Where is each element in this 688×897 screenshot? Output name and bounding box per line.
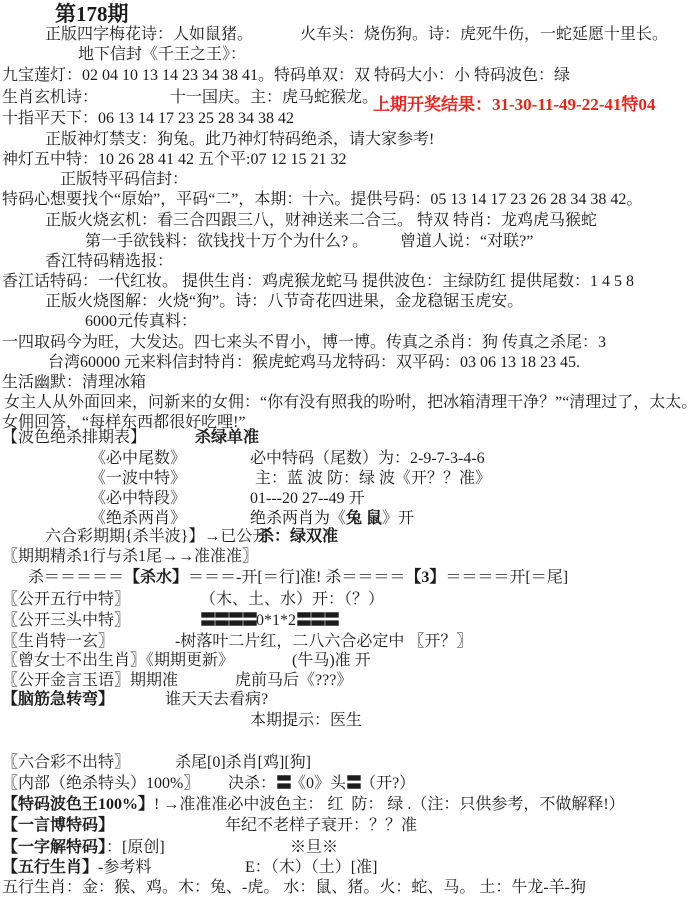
lottery-tips-document: 第178期正版四字梅花诗：人如鼠猪。火车头：烧伤狗。诗：虎死牛伤，一蛇延愿十里长… (0, 0, 688, 897)
no-special-label: 〖六合彩不出特〗 (2, 753, 130, 773)
internal-kill-value-seg: （开?） (360, 775, 415, 792)
magic-lamp-ban: 正版神灯禁支：狗兔。此乃神灯特码绝杀，请大家参考! (45, 130, 434, 150)
fire-diagram-seg: 正版火烧图解：火烧“狗”。诗：八节奇花四进果，金龙稳锯玉虎安。 (45, 293, 523, 310)
magic-lamp-five-seg: 神灯五中特：10 26 28 41 42 五个平:07 12 15 21 32 (2, 151, 346, 168)
kill-water-row: 杀＝＝＝＝＝【杀水】＝＝＝-开[＝行]准! 杀＝＝＝＝【3】＝＝＝＝开[＝尾] (28, 568, 568, 588)
brain-teaser-label-seg: 【脑筋急转弯】 (2, 691, 114, 708)
three-heads-value: 〓〓〓〓0*1*2〓〓〓 (200, 611, 338, 631)
kill-water-row-seg: 【杀水】 (124, 569, 188, 586)
five-elements-zodiac-label: 【五行生肖】-参考料 (2, 858, 151, 878)
one-char-solve-value-seg: ※旦※ (290, 839, 338, 856)
golden-words-value-seg: 虎前马后《???》 (235, 672, 352, 689)
internal-kill-value-seg: 〓 (346, 775, 360, 792)
kill-two-zodiac-value: 绝杀两肖为《兔 鼠》开 (250, 509, 414, 529)
fax-content-seg: 一四取码今为旺，大发达。四七来头不胃小，博一博。传真之杀肖：狗 传真之杀尾：3 (2, 334, 606, 351)
xiangjiang-report: 香江特码精选报： (45, 252, 173, 272)
special-flat-envelope-seg: 正版特平码信封： (60, 171, 188, 188)
brain-teaser-question: 谁天天去看病? (165, 690, 268, 710)
underground-envelope: 地下信封《千王之王》： (78, 45, 246, 65)
plum-poem: 正版四字梅花诗：人如鼠猪。 (45, 25, 253, 45)
must-segment-value-seg: 01---20 27--49 开 (250, 490, 365, 507)
xiangjiang-report-seg: 香江特码精选报： (45, 253, 173, 270)
one-char-solve-value: ※旦※ (290, 838, 338, 858)
magic-lamp-five: 神灯五中特：10 26 28 41 42 五个平:07 12 15 21 32 (2, 150, 346, 170)
taiwan-60000: 台湾60000 元来料信封特肖：猴虎蛇鸡马龙特码：双平码：03 06 13 18… (48, 353, 580, 373)
five-elements-zodiac-value: E：（木）（土）[准] (245, 858, 377, 878)
ten-fingers: 十指平天下：06 13 14 17 23 25 28 34 38 42 (2, 109, 294, 129)
zodiac-mystery-content: 十一国庆。主：虎马蛇猴龙。 (170, 88, 378, 108)
fire-mystery-seg: 正版火烧玄机：看三合四跟三八，财神送来二合三。 特双 特肖：龙鸡虎马猴蛇 (45, 212, 597, 229)
underground-envelope-seg: 地下信封《千王之王》： (78, 46, 246, 63)
fax-6000-seg: 6000元传真料： (85, 313, 197, 330)
zodiac-mystery-poem: 生肖玄机诗： (2, 88, 98, 108)
mrs-zeng-value-seg: (牛马)准 开 (292, 652, 371, 669)
brain-teaser-hint-seg: 本期提示：医生 (250, 712, 362, 729)
kill-two-zodiac-value-seg: 兔 鼠 (346, 510, 382, 527)
zodiac-one-mystery-label: 〖生肖特一玄〗 (2, 632, 114, 652)
five-elements-zodiac-value-seg: E：（木）（土）[准] (245, 859, 377, 876)
first-money-tip-seg: 第一手欲钱料：欲钱找十万个为什么? 。 (85, 233, 368, 250)
five-elements-detail: 五行生肖：金：猴、鸡。木：兔、-虎。 水：鼠、猪。火：蛇、马。 土：牛龙-羊-狗 (2, 878, 586, 897)
one-char-solve-label-seg: ：[原创] (106, 839, 165, 856)
kill-water-row-seg: 【3】 (405, 569, 445, 586)
kill-two-zodiac-value-seg: 》开 (382, 510, 414, 527)
one-word-bet-label: 【一言博特码】 (2, 816, 114, 836)
brain-teaser-label: 【脑筋急转弯】 (2, 690, 114, 710)
five-elements-zodiac-label-seg: 【五行生肖】 (2, 859, 98, 876)
no-special-value: 杀尾[0]杀肖[鸡][狗] (175, 753, 311, 773)
ten-fingers-seg: 十指平天下：06 13 14 17 23 25 28 34 38 42 (2, 110, 294, 127)
one-wave-value: 主：蓝 波 防：绿 波《开？？准》 (255, 469, 491, 489)
brain-teaser-question-seg: 谁天天去看病? (165, 691, 268, 708)
kill-two-zodiac-label-seg: 《绝杀两肖》 (90, 510, 186, 527)
half-wave-result-seg: 杀：绿双准 (258, 528, 338, 545)
internal-kill-value-seg: 《0》头 (290, 775, 346, 792)
kill-green-single: 杀绿单准 (195, 428, 259, 448)
zodiac-mystery-poem-seg: 生肖玄机诗： (2, 89, 98, 106)
special-flat-envelope: 正版特平码信封： (60, 170, 188, 190)
special-code-wish: 特码心想要找个“原始”，平码“二”，本期：十六。提供号码：05 13 14 17… (2, 190, 642, 210)
one-wave-label: 《一波中特》 (90, 469, 186, 489)
xiangjiang-special-seg: 香江话特码：一代红妆。 提供生肖：鸡虎猴龙蛇马 提供波色：主绿防红 提供尾数：1… (2, 273, 634, 290)
half-wave-result: 杀：绿双准 (258, 527, 338, 547)
mrs-zeng-value: (牛马)准 开 (292, 651, 371, 671)
one-word-bet-label-seg: 【一言博特码】 (2, 817, 114, 834)
zodiac-one-mystery-value-seg: -树落叶二片红，二八六合必定中 〖开？〗 (175, 633, 472, 650)
kill-green-single-seg: 杀绿单准 (195, 429, 259, 446)
three-heads-label-seg: 〖公开三头中特〗 (2, 612, 130, 629)
no-special-value-seg: 杀尾[0]杀肖[鸡][狗] (175, 754, 311, 771)
half-wave: 六合彩期期{杀半波}】→已公开 (45, 527, 268, 547)
no-special-label-seg: 〖六合彩不出特〗 (2, 754, 130, 771)
one-wave-label-seg: 《一波中特》 (90, 470, 186, 487)
five-elements-zodiac-label-seg: -参考料 (98, 859, 151, 876)
must-segment-label-seg: 《必中特段》 (90, 490, 186, 507)
mrs-zeng-label-seg: 〖曾女士不出生肖〗《期期更新》 (2, 652, 234, 669)
humor-title-seg: 生活幽默：清理冰箱 (2, 374, 146, 391)
xiangjiang-special: 香江话特码：一代红妆。 提供生肖：鸡虎猴龙蛇马 提供波色：主绿防红 提供尾数：1… (2, 272, 634, 292)
five-elements-value: （木、土、水）开：（？） (200, 590, 384, 610)
first-money-tip: 第一手欲钱料：欲钱找十万个为什么? 。 (85, 232, 368, 252)
must-segment-value: 01---20 27--49 开 (250, 489, 365, 509)
precise-kill-header: 〖期期精杀1行与杀1尾→→准准准〗 (2, 547, 258, 567)
nine-lotus-lamp-seg: 九宝莲灯：02 04 10 13 14 23 34 38 41。特码单双：双 特… (2, 67, 570, 84)
kill-two-zodiac-value-seg: 绝杀两肖为《 (250, 510, 346, 527)
one-char-solve-label-seg: 【一字解特码】 (2, 839, 106, 856)
must-segment-label: 《必中特段》 (90, 489, 186, 509)
internal-kill-label-seg: 〖内部（绝杀特头）100%〗 (2, 775, 199, 792)
precise-kill-header-seg: 〖期期精杀1行与杀1尾→→准准准〗 (2, 548, 258, 565)
zodiac-one-mystery-value: -树落叶二片红，二八六合必定中 〖开？〗 (175, 632, 472, 652)
kill-water-row-seg: ＝＝＝＝开[＝尾] (445, 569, 568, 586)
one-word-bet-value: 年纪不老样子衰开：？？准 (225, 816, 417, 836)
half-wave-seg: 六合彩期期{杀半波}】→已公开 (45, 528, 268, 545)
fire-mystery: 正版火烧玄机：看三合四跟三八，财神送来二合三。 特双 特肖：龙鸡虎马猴蛇 (45, 211, 597, 231)
fax-content: 一四取码今为旺，大发达。四七来头不胃小，博一博。传真之杀肖：狗 传真之杀尾：3 (2, 333, 606, 353)
brain-teaser-hint: 本期提示：医生 (250, 711, 362, 731)
humor-title: 生活幽默：清理冰箱 (2, 373, 146, 393)
internal-kill-label: 〖内部（绝杀特头）100%〗 (2, 774, 199, 794)
kill-two-zodiac-label: 《绝杀两肖》 (90, 509, 186, 529)
one-char-solve-label: 【一字解特码】：[原创] (2, 838, 165, 858)
wave-color-king: 【特码波色王100%】! →准准准必中波色主： 红 防： 绿 .（注：只供参考，… (2, 795, 625, 815)
internal-kill-value: 决杀：〓《0》头〓（开?） (228, 774, 415, 794)
must-tail-label: 《必中尾数》 (90, 449, 186, 469)
special-code-wish-seg: 特码心想要找个“原始”，平码“二”，本期：十六。提供号码：05 13 14 17… (2, 191, 642, 208)
one-wave-value-seg: 主：蓝 波 防：绿 波《开？？准》 (255, 470, 491, 487)
mrs-zeng-label: 〖曾女士不出生肖〗《期期更新》 (2, 651, 234, 671)
must-tail-value-seg: 必中特码（尾数）为：2-9-7-3-4-6 (250, 450, 485, 467)
five-elements-value-seg: （木、土、水）开：（？） (200, 591, 384, 608)
last-draw-result: 上期开奖结果：31-30-11-49-22-41特04 (373, 95, 655, 116)
zodiac-mystery-content-seg: 十一国庆。主：虎马蛇猴龙。 (170, 89, 378, 106)
zengdaoren-says-seg: 曾道人说：“对联?” (400, 233, 533, 250)
issue-title: 第178期 (55, 4, 129, 24)
wave-kill-table-seg: 【波色绝杀排期表】 (2, 429, 146, 446)
kill-water-row-seg: ＝＝＝-开[＝行]准! 杀＝＝＝＝ (188, 569, 405, 586)
five-elements-detail-seg: 五行生肖：金：猴、鸡。木：兔、-虎。 水：鼠、猪。火：蛇、马。 土：牛龙-羊-狗 (2, 879, 586, 896)
golden-words-value: 虎前马后《???》 (235, 671, 352, 691)
fire-diagram: 正版火烧图解：火烧“狗”。诗：八节奇花四进果，金龙稳锯玉虎安。 (45, 292, 523, 312)
three-heads-value-seg: 0*1*2 (256, 612, 296, 629)
taiwan-60000-seg: 台湾60000 元来料信封特肖：猴虎蛇鸡马龙特码：双平码：03 06 13 18… (48, 354, 580, 371)
internal-kill-value-seg: 〓 (276, 775, 290, 792)
wave-kill-table: 【波色绝杀排期表】 (2, 428, 146, 448)
golden-words-label-seg: 〖公开金言玉语〗期期准 (2, 672, 178, 689)
wave-color-king-seg: 【特码波色王100%】 (2, 796, 154, 813)
nine-lotus-lamp: 九宝莲灯：02 04 10 13 14 23 34 38 41。特码单双：双 特… (2, 66, 570, 86)
one-word-bet-value-seg: 年纪不老样子衰开：？？准 (225, 817, 417, 834)
golden-words-label: 〖公开金言玉语〗期期准 (2, 671, 178, 691)
issue-title-seg: 第178期 (55, 2, 129, 26)
wave-color-king-seg: ! →准准准必中波色主： 红 防： 绿 .（注：只供参考，不做解释!） (154, 796, 625, 813)
zodiac-one-mystery-label-seg: 〖生肖特一玄〗 (2, 633, 114, 650)
must-tail-value: 必中特码（尾数）为：2-9-7-3-4-6 (250, 449, 485, 469)
three-heads-value-seg: 〓〓〓〓 (200, 612, 256, 629)
three-heads-value-seg: 〓〓〓 (296, 612, 338, 629)
magic-lamp-ban-seg: 正版神灯禁支：狗兔。此乃神灯特码绝杀，请大家参考! (45, 131, 434, 148)
humor-line1-seg: 女主人从外面回来，问新来的女佣：“你有没有照我的吩咐，把冰箱清理干净？”“清理过… (4, 394, 688, 411)
fax-6000: 6000元传真料： (85, 312, 197, 332)
must-tail-label-seg: 《必中尾数》 (90, 450, 186, 467)
train-head-poem-seg: 火车头：烧伤狗。诗：虎死牛伤，一蛇延愿十里长。 (300, 26, 668, 43)
humor-line1: 女主人从外面回来，问新来的女佣：“你有没有照我的吩咐，把冰箱清理干净？”“清理过… (4, 393, 688, 413)
internal-kill-value-seg: 决杀： (228, 775, 276, 792)
five-elements-label-seg: 〖公开五行中特〗 (2, 591, 130, 608)
plum-poem-seg: 正版四字梅花诗：人如鼠猪。 (45, 26, 253, 43)
three-heads-label: 〖公开三头中特〗 (2, 611, 130, 631)
zengdaoren-says: 曾道人说：“对联?” (400, 232, 533, 252)
five-elements-label: 〖公开五行中特〗 (2, 590, 130, 610)
last-draw-result-seg: 上期开奖结果：31-30-11-49-22-41特04 (373, 95, 655, 114)
kill-water-row-seg: 杀＝＝＝＝＝ (28, 569, 124, 586)
train-head-poem: 火车头：烧伤狗。诗：虎死牛伤，一蛇延愿十里长。 (300, 25, 668, 45)
